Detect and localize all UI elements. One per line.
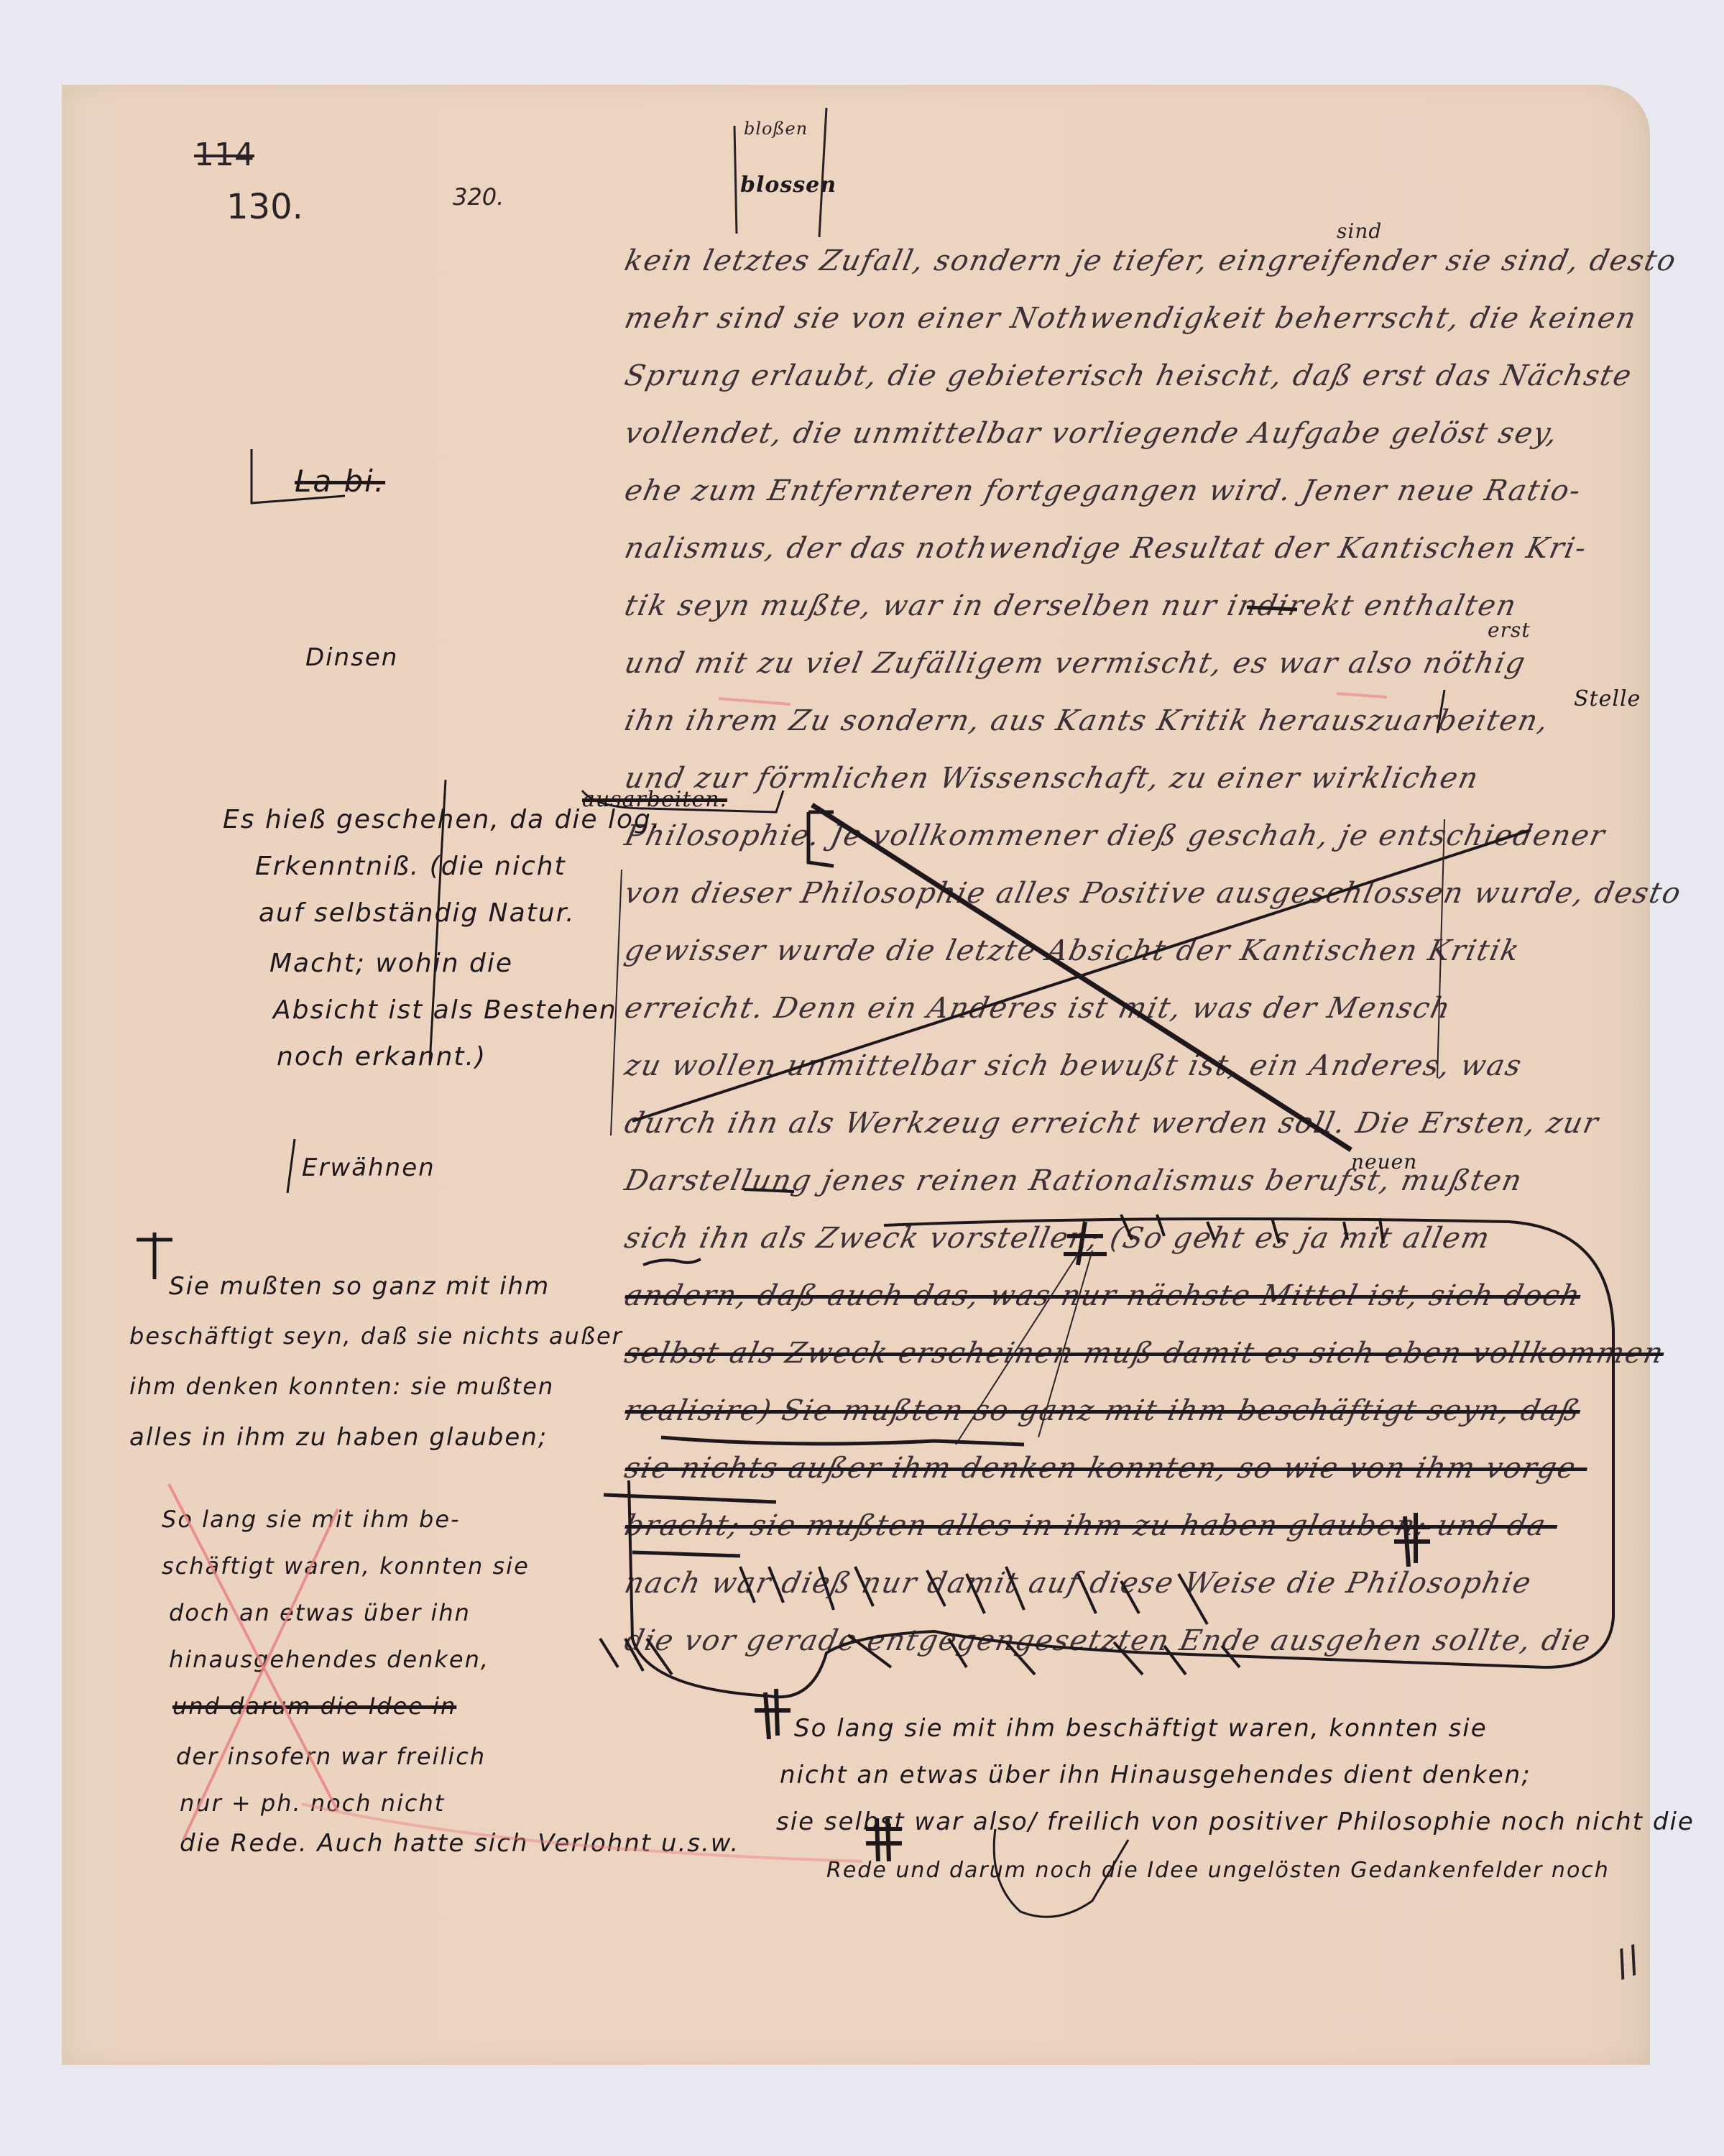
top-struck-word: blossen — [740, 172, 836, 198]
margin-note-line: noch erkannt.) — [277, 1042, 487, 1072]
text-line: Sprung erlaubt, die gebieterisch heischt… — [622, 359, 1636, 392]
folio-number: 130. — [226, 187, 303, 227]
struck-text-line: andern, daß auch das, was nur nächste Mi… — [622, 1279, 1584, 1312]
struck-page-number: 114 — [194, 137, 254, 173]
margin-note-line: Sie mußten so ganz mit ihm — [169, 1272, 550, 1301]
text-line: ehe zum Entfernteren fortgegangen wird. … — [622, 474, 1585, 507]
margin-note-line: Es hieß geschehen, da die log. — [223, 805, 661, 834]
struck-text-line: die vor gerade entgegengesetzten Ende au… — [622, 1624, 1595, 1657]
text-line: mehr sind sie von einer Nothwendigkeit b… — [622, 302, 1640, 335]
bottom-insertion-line: sie selbst war also/ freilich von positi… — [776, 1807, 1695, 1836]
text-line: Philosophie. Je vollkommener dieß gescha… — [622, 819, 1609, 852]
margin-note-line: die Rede. Auch hatte sich Verlohnt u.s.w… — [180, 1829, 739, 1858]
text-line: gewisser wurde die letzte Absicht der Ka… — [622, 934, 1524, 967]
insertion-erst: erst — [1488, 618, 1531, 642]
margin-note-line: schäftigt waren, konnten sie — [162, 1552, 530, 1580]
margin-note-line: nur + ph. noch nicht — [180, 1789, 445, 1817]
margin-note-line: Macht; wohin die — [269, 949, 513, 978]
bottom-insertion-line: So lang sie mit ihm beschäftigt waren, k… — [794, 1714, 1488, 1743]
text-line: sich ihn als Zweck vorstellen; (So geht … — [622, 1222, 1493, 1255]
text-line: und mit zu viel Zufälligem vermischt, es… — [622, 647, 1529, 680]
margin-note-line: Erkenntniß. (die nicht — [255, 852, 566, 881]
struck-text-line: realisire) Sie mußten so ganz mit ihm be… — [622, 1394, 1584, 1427]
text-line: zu wollen unmittelbar sich bewußt ist, e… — [622, 1049, 1526, 1082]
bottom-insertion-line: Rede und darum noch die Idee ungelösten … — [826, 1858, 1610, 1883]
bottom-insertion-line: nicht an etwas über ihn Hinausgehendes d… — [780, 1761, 1531, 1789]
struck-text-line: nach war dieß nur damit auf diese Weise … — [622, 1567, 1535, 1600]
page-number: 320. — [453, 183, 504, 211]
text-line: und zur förmlichen Wissenschaft, zu eine… — [622, 762, 1483, 795]
margin-note-line: doch an etwas über ihn — [169, 1599, 471, 1626]
insertion-sind: sind — [1337, 219, 1382, 243]
text-line: erreicht. Denn ein Anderes ist mit, was … — [622, 992, 1455, 1025]
margin-note-erwaehnen: Erwähnen — [302, 1153, 435, 1182]
margin-note-line: beschäftigt seyn, daß sie nichts außer — [129, 1322, 623, 1350]
text-line: tik seyn mußte, war in derselben nur ind… — [622, 589, 1520, 622]
margin-note-labi: La bi. — [295, 464, 385, 499]
margin-note-line: alles in ihm zu haben glauben; — [129, 1423, 548, 1452]
text-line: kein letztes Zufall, sondern je tiefer, … — [622, 244, 1680, 277]
text-line: durch ihn als Werkzeug erreicht werden s… — [622, 1107, 1603, 1140]
struck-text-line: selbst als Zweck erscheinen muß damit es… — [622, 1337, 1667, 1370]
margin-note-line: So lang sie mit ihm be- — [162, 1506, 461, 1533]
margin-note-line: der insofern war freilich — [176, 1743, 486, 1770]
text-line: von dieser Philosophie alles Positive au… — [622, 877, 1684, 910]
margin-note-line: ihm denken konnten: sie mußten — [129, 1373, 554, 1400]
margin-note-line: auf selbständig Natur. — [259, 898, 576, 928]
margin-note-line: Absicht ist als Bestehen — [273, 995, 617, 1025]
text-line: ihn ihrem Zu sondern, aus Kants Kritik h… — [622, 704, 1552, 737]
text-line: nalismus, der das nothwendige Resultat d… — [622, 532, 1590, 565]
struck-text-line: sie nichts außer ihm denken konnten, so … — [622, 1452, 1590, 1485]
margin-note-dinsen: Dinsen — [305, 643, 398, 672]
top-insertion-word: bloßen — [744, 119, 808, 139]
insertion-neuen: neuen — [1351, 1150, 1417, 1174]
insertion-stelle: Stelle — [1574, 686, 1641, 711]
margin-note-line: hinausgehendes denken, — [169, 1646, 489, 1673]
struck-text-line: bracht; sie mußten alles in ihm zu haben… — [622, 1509, 1561, 1542]
margin-note-line: und darum die Idee in — [172, 1692, 456, 1720]
text-line: vollendet, die unmittelbar vorliegende A… — [622, 417, 1562, 450]
